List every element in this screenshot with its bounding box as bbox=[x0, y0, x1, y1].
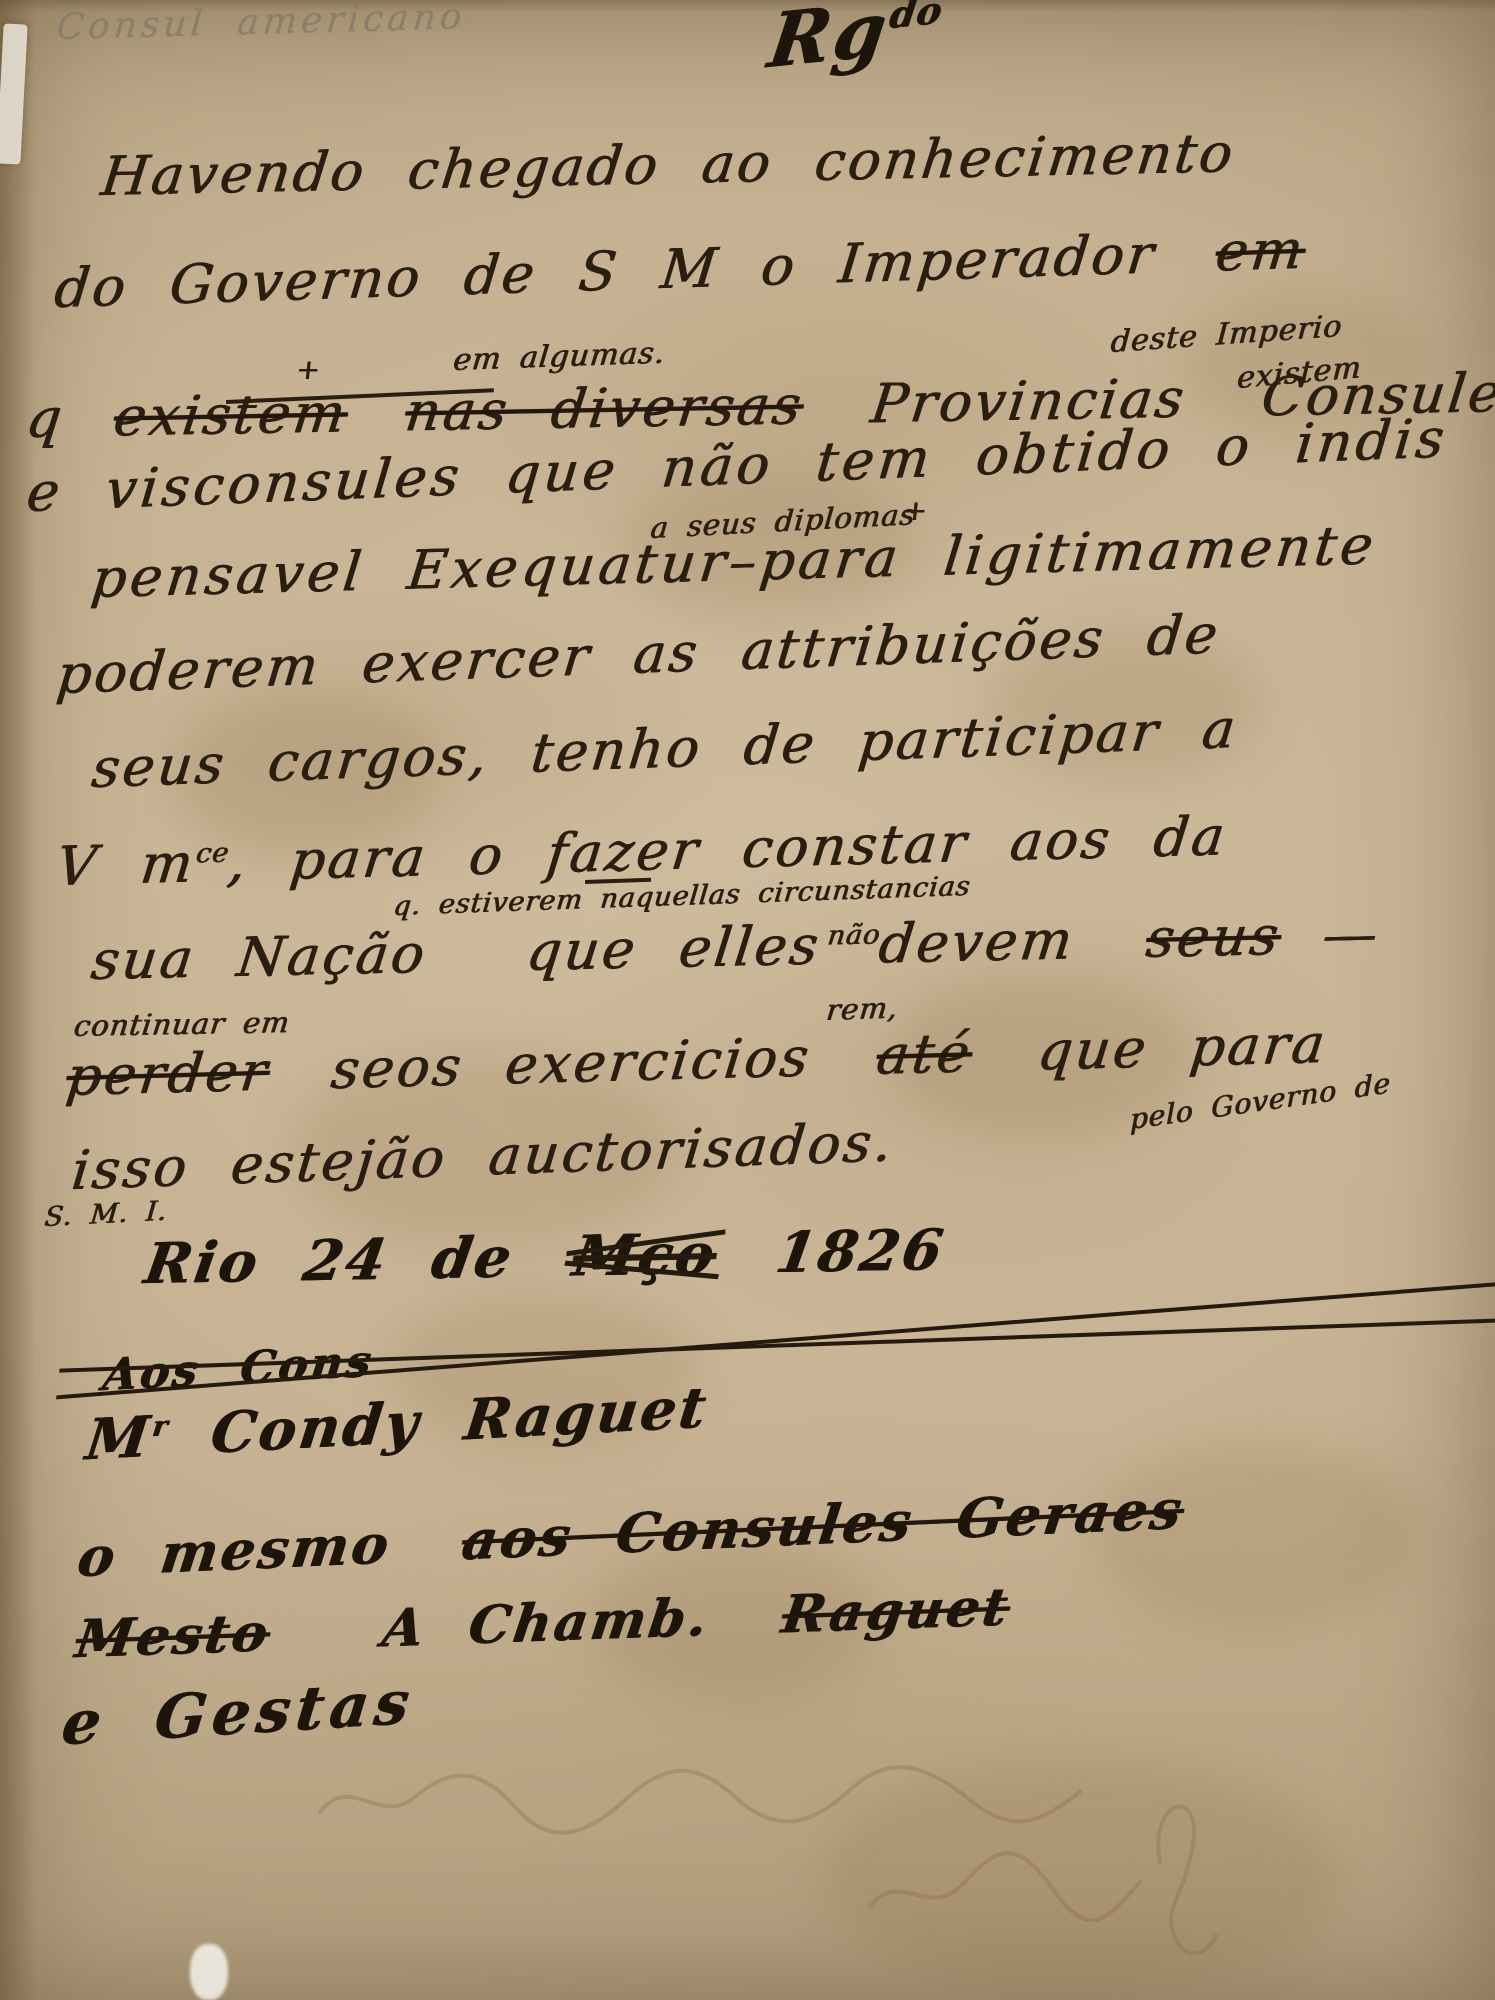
line10-struck-perder: perder bbox=[63, 1040, 273, 1109]
insert-rem: rem, bbox=[825, 993, 900, 1025]
registry-mark-base: Rg bbox=[764, 0, 895, 86]
registry-mark-sup: do bbox=[887, 0, 946, 38]
caret-cross-2: + bbox=[902, 497, 929, 525]
manuscript-page: Consul americano Rgdo Havendo chegado ao… bbox=[0, 0, 1495, 2000]
line9-sua-nacao: sua Nação bbox=[88, 922, 431, 992]
date-scribbled-month: Mço bbox=[569, 1221, 722, 1290]
addressee-m: M bbox=[82, 1404, 155, 1474]
insert-continuar-em: continuar em bbox=[72, 1008, 291, 1041]
chamb-text: A Chamb. bbox=[379, 1587, 714, 1660]
line8-vm: V m bbox=[53, 831, 199, 898]
body-line-1: Havendo chegado ao conhecimento bbox=[99, 126, 1239, 204]
line9-dash: — bbox=[1319, 902, 1384, 966]
caret-cross-1: + bbox=[295, 356, 322, 384]
line2-text: do Governo de S M o Imperador bbox=[52, 222, 1160, 320]
registry-mark: Rgdo bbox=[764, 0, 945, 80]
paper-spot bbox=[190, 1944, 228, 2000]
line2-struck-word: em bbox=[1213, 218, 1309, 284]
body-line-2: do Governo de S M o Imperador em bbox=[52, 223, 1308, 317]
smi-abbreviation: S. M. I. bbox=[44, 1198, 169, 1232]
line9-que-elles: que elles bbox=[523, 914, 824, 983]
line10-que-para: que para bbox=[1035, 1012, 1331, 1083]
date-place: Rio 24 de bbox=[140, 1225, 518, 1298]
date-year: 1826 bbox=[772, 1217, 950, 1286]
date-line: Rio 24 de Mço 1826 bbox=[141, 1222, 949, 1292]
line10-seos-exercicios: seos exercicios bbox=[328, 1025, 815, 1101]
chamb-struck-raguet: Raguet bbox=[778, 1576, 1014, 1645]
page-edge-left bbox=[0, 0, 36, 2000]
insert-em-algumas: em algumas. bbox=[452, 339, 667, 377]
addressee-sup-r: r bbox=[151, 1409, 171, 1443]
bleed-through-writing bbox=[280, 1742, 1330, 1972]
line10-ate: até bbox=[874, 1021, 976, 1087]
chamb-struck-mesto: Mesto bbox=[72, 1602, 274, 1670]
line3-struck-existem: existem bbox=[111, 381, 352, 448]
mesmo-text: o mesmo bbox=[74, 1511, 395, 1589]
line9-struck-seus: seus bbox=[1143, 904, 1285, 970]
body-line-11: isso estejão auctorisados. bbox=[69, 1115, 897, 1198]
closing-chamb: Mesto A Chamb. Raguet bbox=[73, 1581, 1014, 1666]
pencil-annotation: Consul americano bbox=[55, 0, 467, 46]
line9-devem: devem bbox=[876, 908, 1079, 975]
body-line-9: sua Nação que ellesnãodevem seus — bbox=[89, 907, 1384, 988]
line3-q: q bbox=[23, 386, 68, 450]
body-line-5: pensavel Exequatur–para ligitimamente bbox=[89, 518, 1380, 606]
line9-insert-nao: não bbox=[826, 920, 882, 952]
line8-sup-ce: ce bbox=[195, 838, 232, 870]
